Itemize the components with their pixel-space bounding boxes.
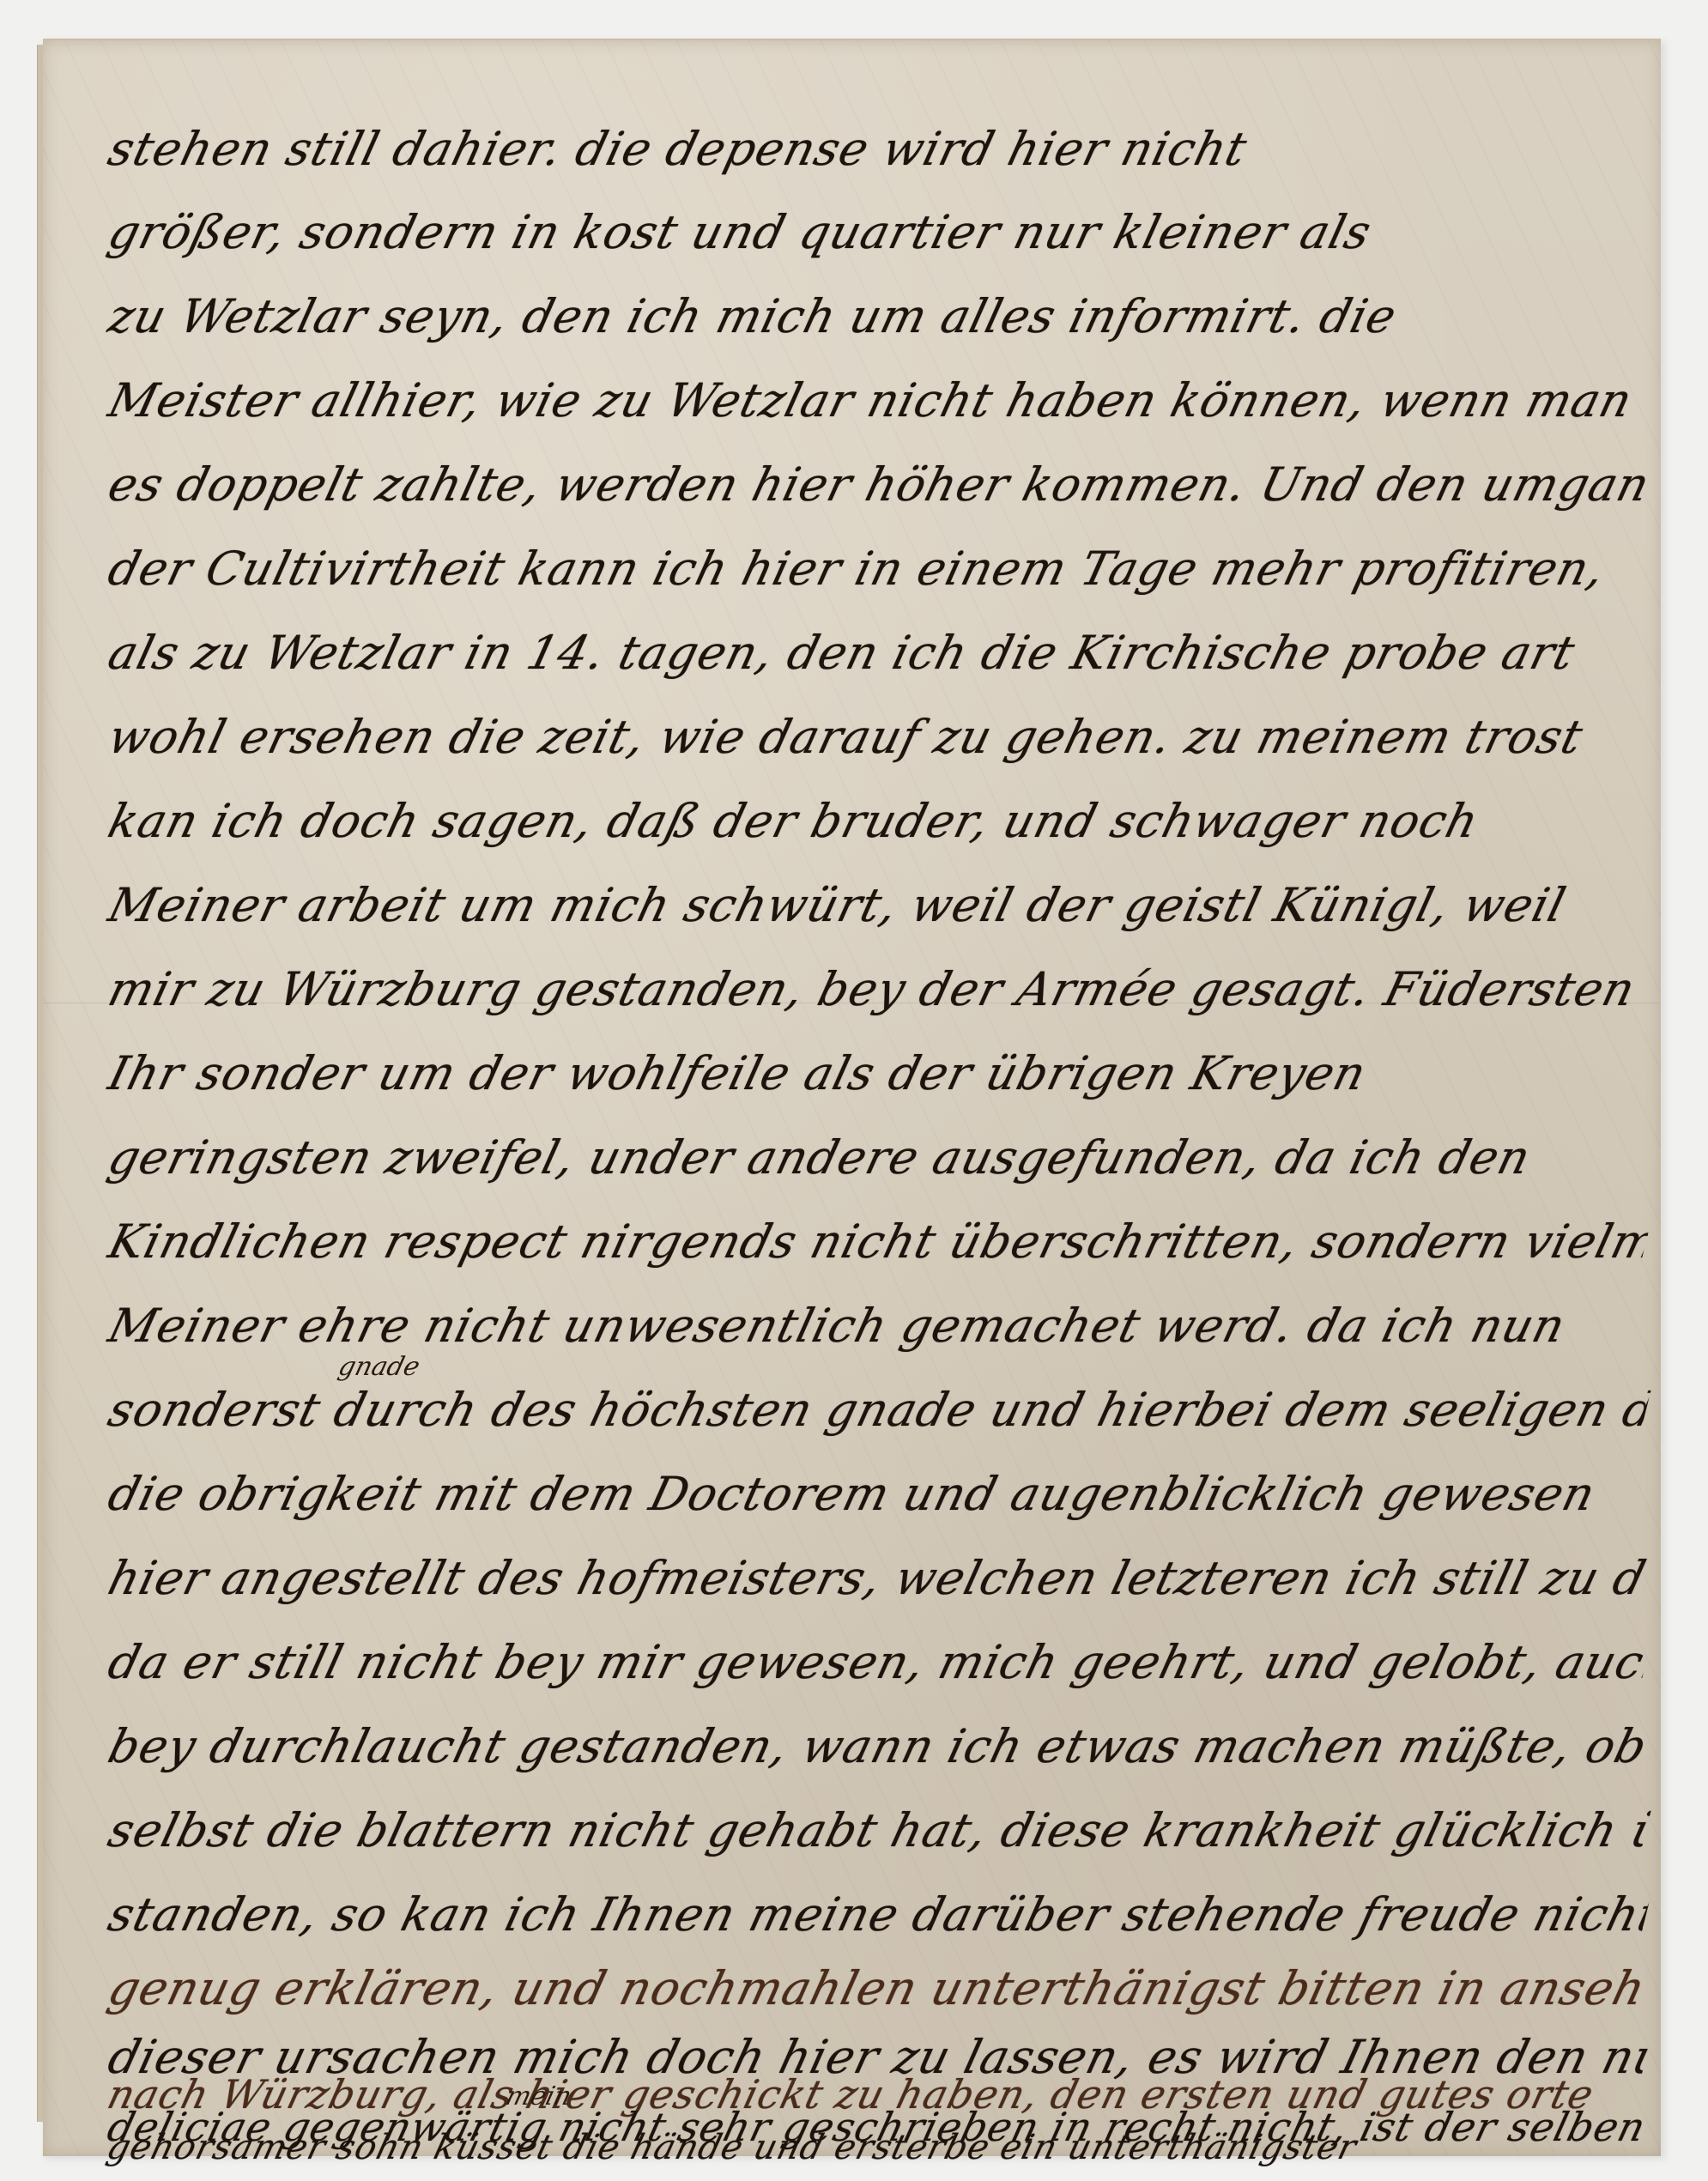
manuscript-line-23: genug erklären, und nochmahlen unterthän… <box>103 1961 1653 2015</box>
manuscript-line-8: wohl ersehen die zeit, wie darauf zu geh… <box>103 710 1653 764</box>
letter-page: stehen still dahier. die depense wird hi… <box>43 39 1661 2156</box>
manuscript-line-1: stehen still dahier. die depense wird hi… <box>103 122 1653 176</box>
manuscript-line-5: es doppelt zahlte, werden hier höher kom… <box>103 457 1653 512</box>
manuscript-line-14: Kindlichen respect nirgends nicht übersc… <box>103 1215 1653 1269</box>
manuscript-line-22: standen, so kan ich Ihnen meine darüber … <box>103 1887 1653 1942</box>
manuscript-line-2: größer, sondern in kost und quartier nur… <box>103 205 1653 259</box>
manuscript-line-18: hier angestellt des hofmeisters, welchen… <box>103 1551 1653 1605</box>
manuscript-line-6: der Cultivirtheit kann ich hier in einem… <box>103 542 1653 596</box>
interlinear-correction-mein: mein <box>503 2081 575 2111</box>
manuscript-line-27: gehorsamer sohn küsset die hände und ers… <box>103 2128 1649 2167</box>
manuscript-line-3: zu Wetzlar seyn, den ich mich um alles i… <box>103 289 1653 343</box>
manuscript-line-9: kan ich doch sagen, daß der bruder, und … <box>103 794 1653 848</box>
manuscript-line-16: sonderst durch des höchsten gnade und hi… <box>103 1383 1653 1437</box>
manuscript-line-10: Meiner arbeit um mich schwürt, weil der … <box>103 878 1653 932</box>
manuscript-line-20: bey durchlaucht gestanden, wann ich etwa… <box>103 1719 1653 1773</box>
manuscript-line-21: selbst die blattern nicht gehabt hat, di… <box>103 1803 1653 1857</box>
manuscript-line-11: mir zu Würzburg gestanden, bey der Armée… <box>103 962 1653 1016</box>
manuscript-line-4: Meister allhier, wie zu Wetzlar nicht ha… <box>103 373 1653 427</box>
manuscript-line-15: Meiner ehre nicht unwesentlich gemachet … <box>103 1299 1653 1353</box>
manuscript-line-13: geringsten zweifel, under andere ausgefu… <box>103 1130 1653 1184</box>
interlinear-correction-gnade: gnade <box>336 1352 423 1382</box>
manuscript-line-17: die obrigkeit mit dem Doctorem und augen… <box>103 1467 1653 1521</box>
manuscript-line-12: Ihr sonder um der wohlfeile als der übri… <box>103 1046 1653 1100</box>
manuscript-line-19: da er still nicht bey mir gewesen, mich … <box>103 1635 1653 1689</box>
manuscript-line-7: als zu Wetzlar in 14. tagen, den ich die… <box>103 626 1653 680</box>
